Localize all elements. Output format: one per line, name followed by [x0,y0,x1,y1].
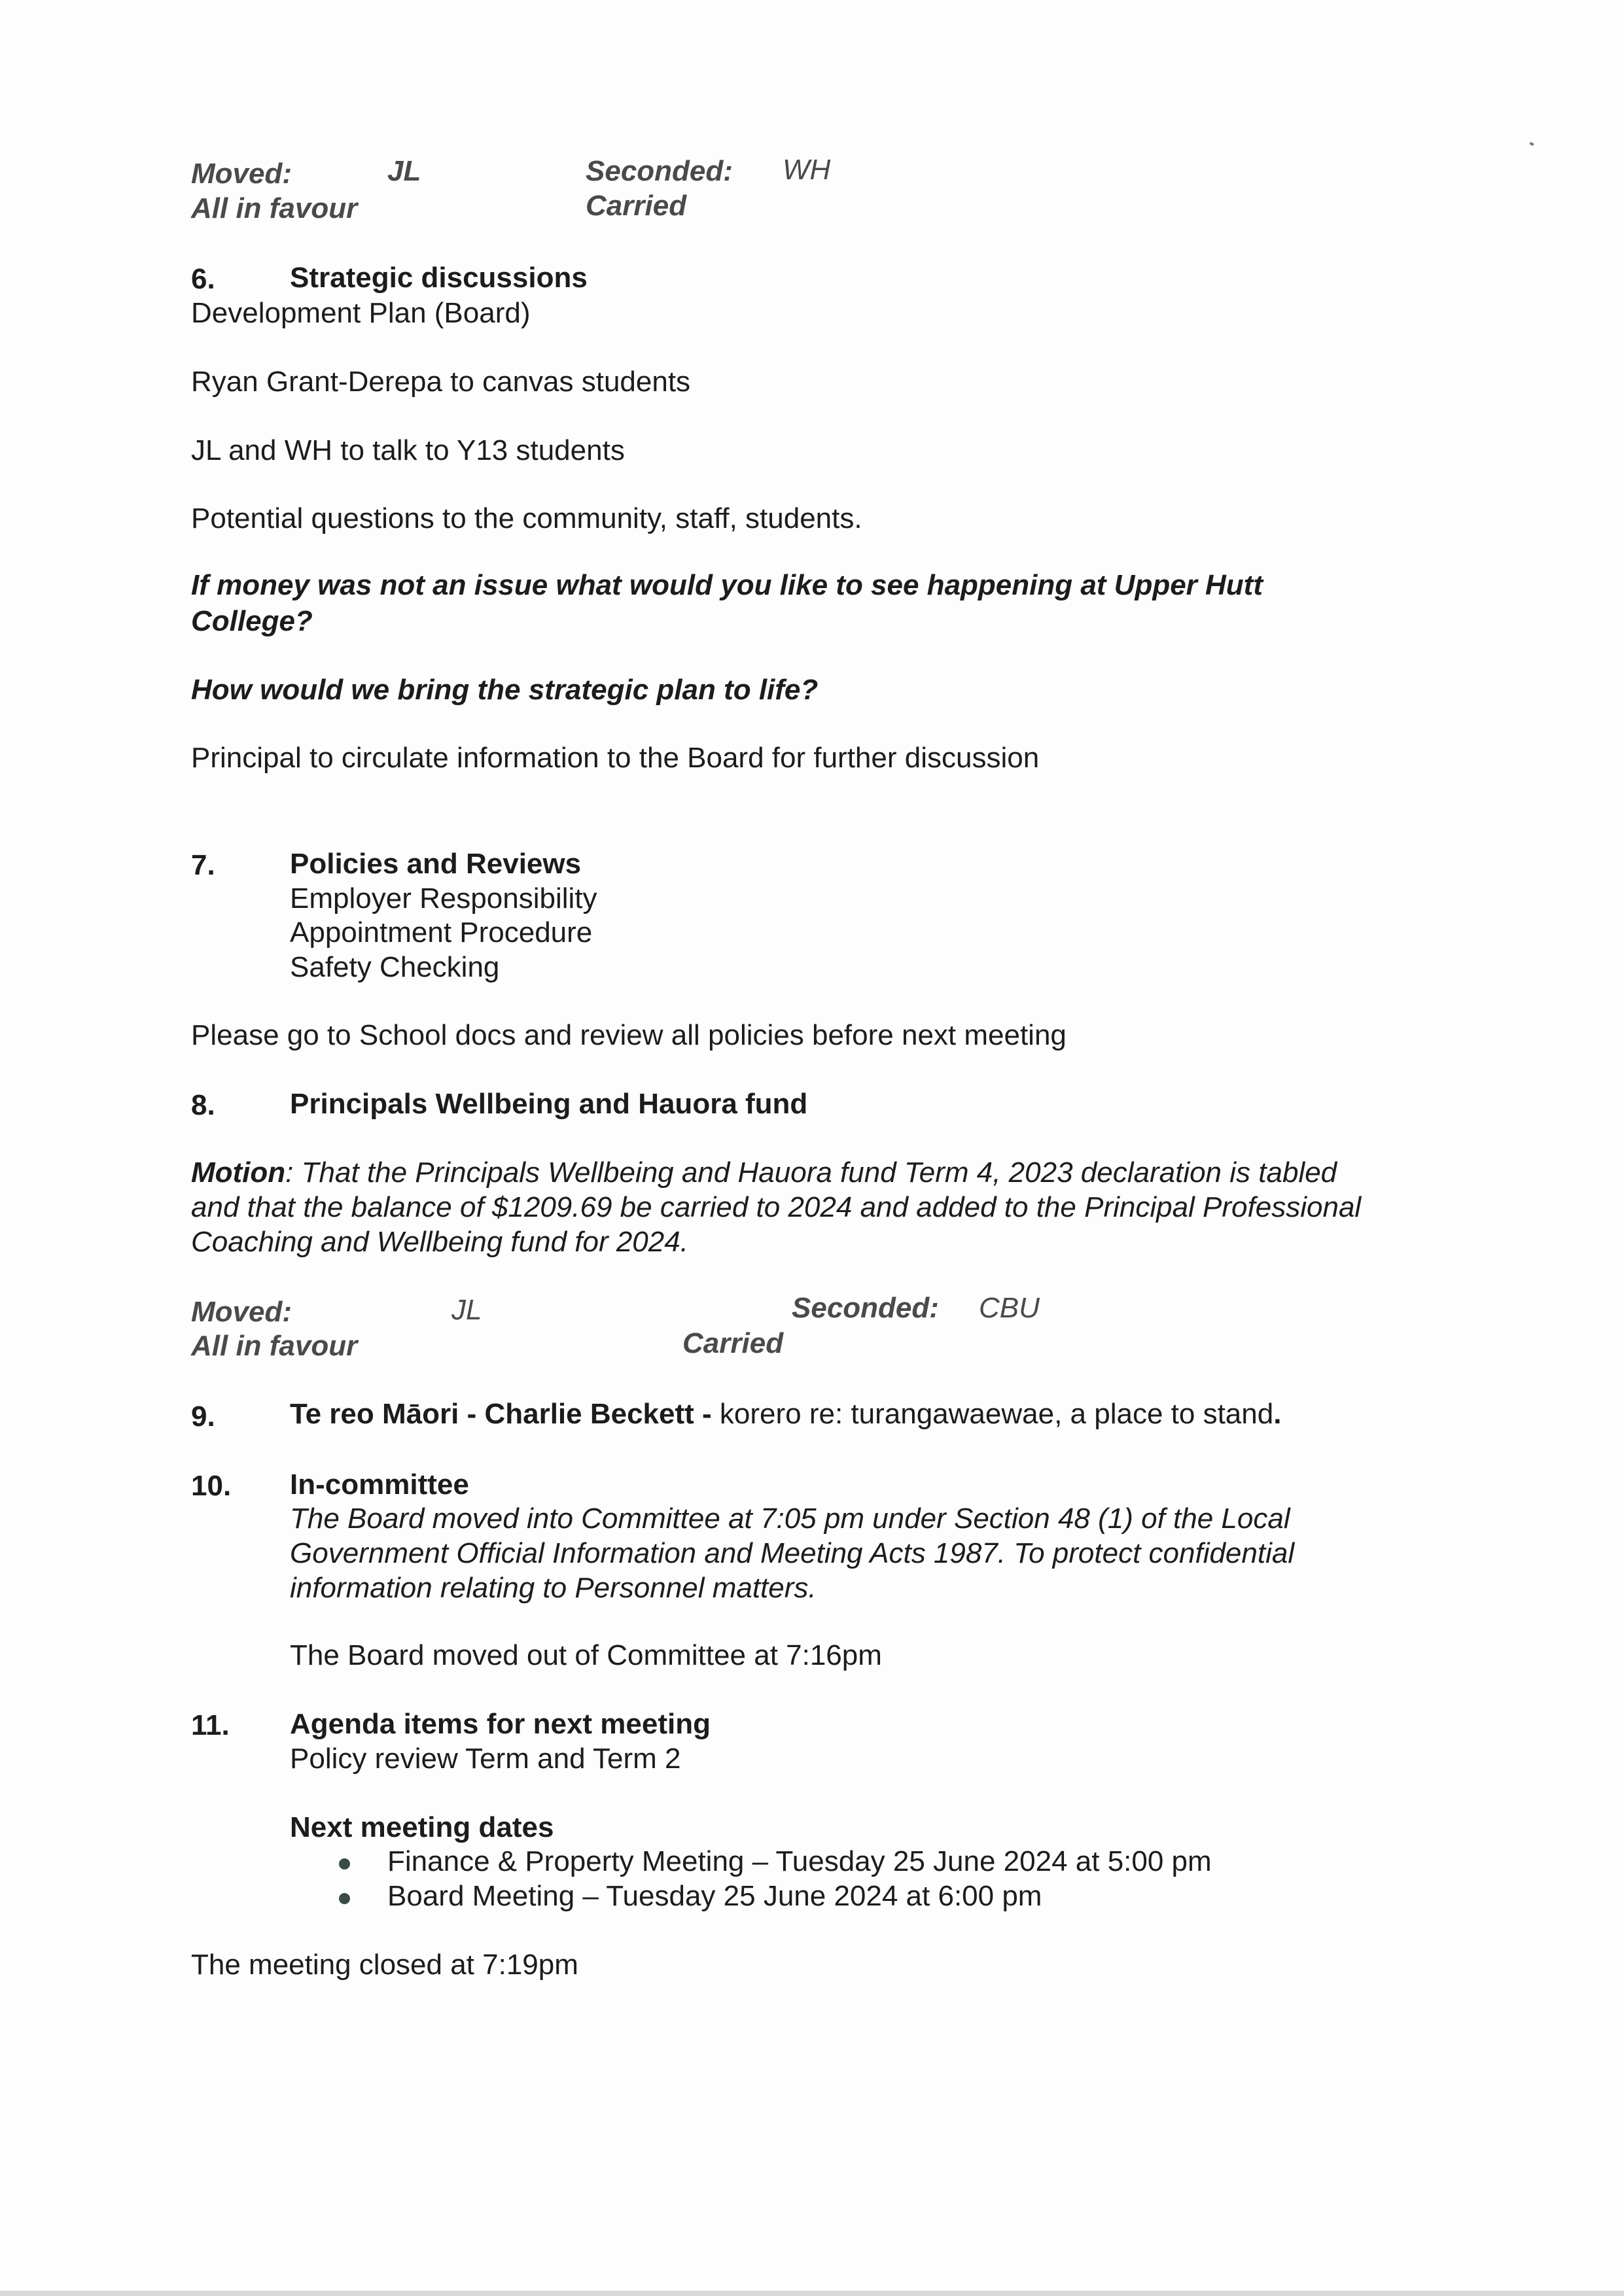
section-title: Te reo Māori - Charlie Beckett - korero … [290,1397,1281,1431]
section-text: korero re: turangawaewae, a place to sta… [712,1398,1274,1430]
motion-line: Motion: That the Principals Wellbeing an… [191,1156,1337,1190]
motion-result: Carried [586,189,686,223]
policy-item: Appointment Procedure [290,916,592,950]
vote-result: All in favour [191,1329,357,1363]
section-heading: Te reo Māori - Charlie Beckett - [290,1398,712,1430]
moved-by: JL [387,154,421,188]
section-title: Principals Wellbeing and Hauora fund [290,1087,807,1121]
dates-title: Next meeting dates [290,1811,554,1845]
policy-item: Safety Checking [290,950,499,984]
section-line: JL and WH to talk to Y13 students [191,434,625,468]
section-number: 9. [191,1400,215,1434]
section-title: Strategic discussions [290,261,588,295]
bullet-icon [339,1893,350,1904]
section-note: Please go to School docs and review all … [191,1018,1067,1052]
section-title: In-committee [290,1468,469,1502]
motion-text: : That the Principals Wellbeing and Hauo… [285,1157,1337,1189]
scan-speck [1529,142,1534,146]
motion-result: Carried [682,1327,783,1361]
bullet-icon [339,1858,350,1870]
question: College? [191,604,313,638]
policy-item: Employer Responsibility [290,882,597,916]
vote-result: All in favour [191,192,357,226]
action-line: Principal to circulate information to th… [191,741,1039,775]
agenda-line: Policy review Term and Term 2 [290,1742,680,1776]
moved-label: Moved: [191,157,292,191]
section-line: Development Plan (Board) [191,296,530,330]
seconded-by: WH [783,153,830,187]
section-end: . [1273,1398,1281,1430]
section-title: Policies and Reviews [290,847,581,881]
seconded-label: Seconded: [586,154,733,188]
motion-line: and that the balance of $1209.69 be carr… [191,1191,1361,1225]
section-number: 6. [191,262,215,296]
motion-line: Coaching and Wellbeing fund for 2024. [191,1225,688,1259]
question: How would we bring the strategic plan to… [191,673,818,707]
section-number: 11. [191,1709,230,1743]
closing-line: The meeting closed at 7:19pm [191,1948,578,1982]
seconded-label: Seconded: [792,1291,939,1325]
moved-by: JL [451,1293,482,1327]
motion-label: Motion [191,1157,285,1189]
question: If money was not an issue what would you… [191,568,1263,602]
section-number: 7. [191,848,215,882]
section-number: 8. [191,1088,215,1122]
committee-line: The Board moved into Committee at 7:05 p… [290,1502,1290,1536]
section-line: Potential questions to the community, st… [191,502,862,536]
meeting-date: Finance & Property Meeting – Tuesday 25 … [387,1845,1212,1879]
seconded-by: CBU [979,1291,1040,1325]
section-number: 10. [191,1469,231,1503]
meeting-date: Board Meeting – Tuesday 25 June 2024 at … [387,1879,1042,1913]
section-line: Ryan Grant-Derepa to canvas students [191,365,690,399]
committee-line: information relating to Personnel matter… [290,1571,817,1605]
committee-out: The Board moved out of Committee at 7:16… [290,1639,882,1673]
minutes-page: Moved: JL Seconded: WH All in favour Car… [0,0,1624,2296]
committee-line: Government Official Information and Meet… [290,1537,1294,1571]
moved-label: Moved: [191,1295,292,1329]
scan-edge [0,2291,1624,2296]
section-title: Agenda items for next meeting [290,1707,711,1741]
